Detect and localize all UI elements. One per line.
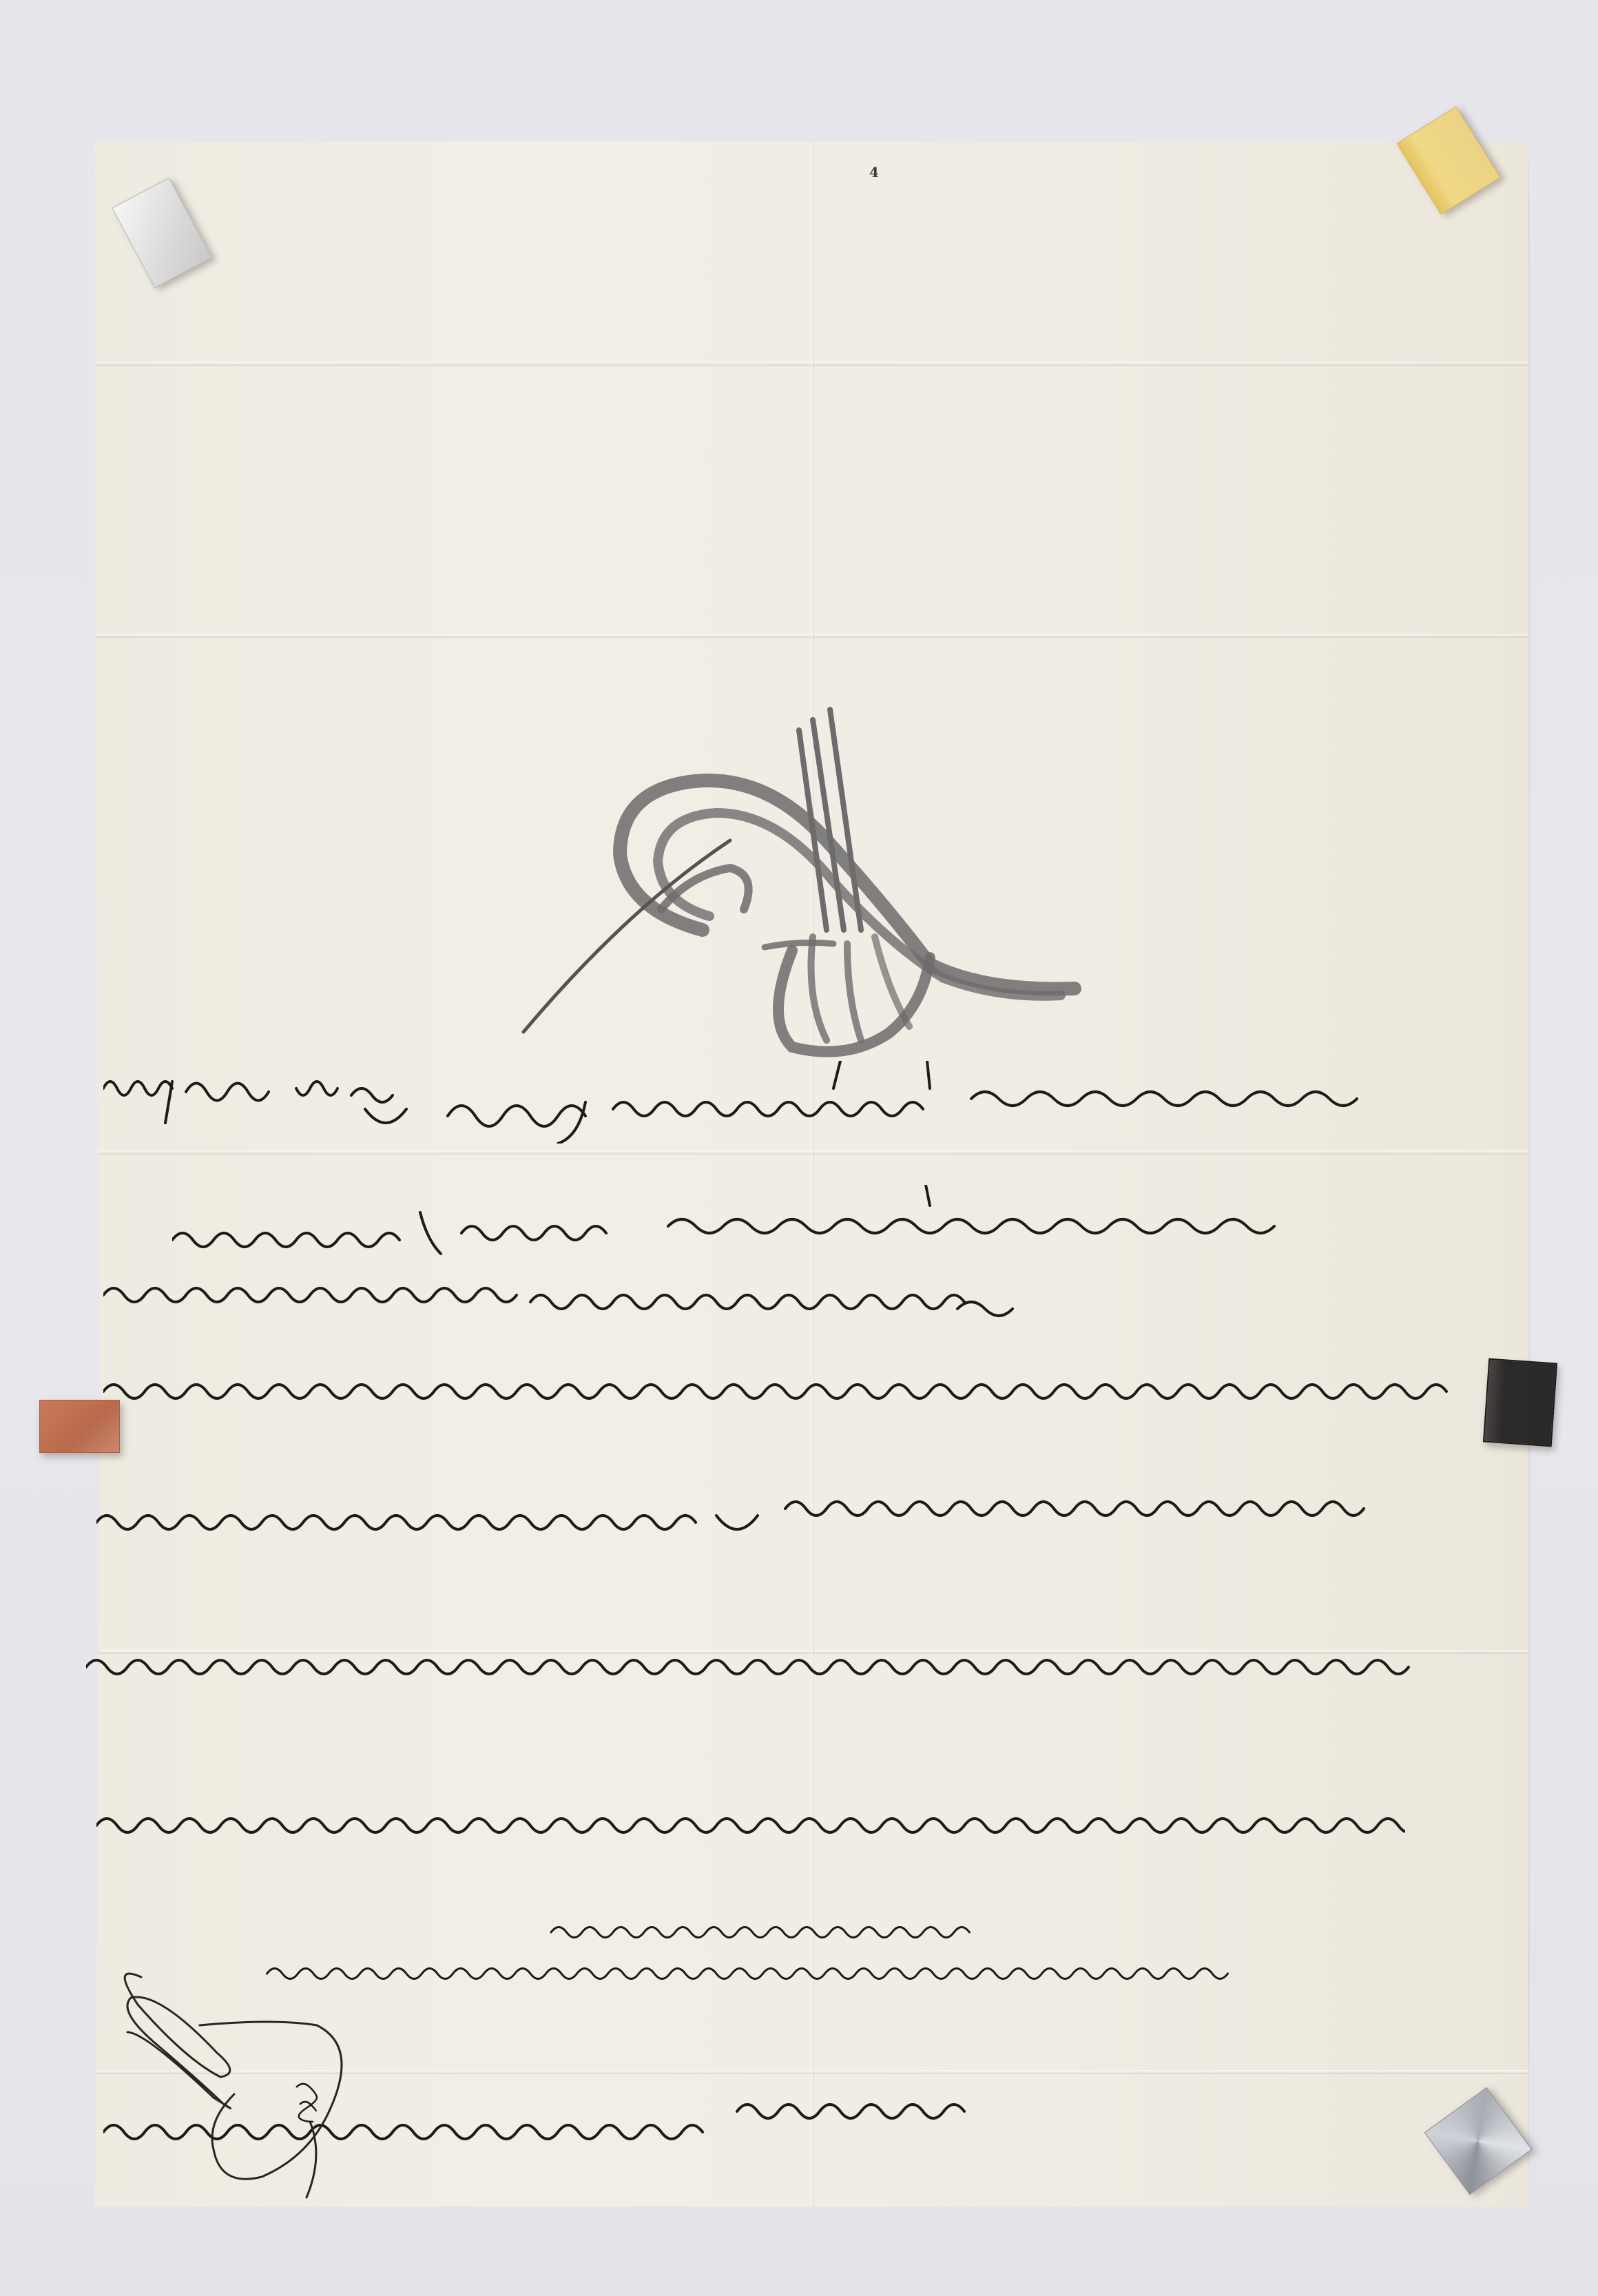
tughra-monogram	[503, 703, 1109, 1075]
paperweight-copper[interactable]	[39, 1400, 120, 1453]
text-line-6	[86, 1640, 1415, 1722]
fold-line-vertical	[811, 141, 814, 2206]
text-line-1	[103, 1061, 1412, 1144]
document-sheet	[95, 141, 1528, 2206]
registry-signature-flourish	[103, 1949, 379, 2211]
text-line-3	[103, 1254, 1033, 1336]
text-line-5	[96, 1460, 1371, 1543]
paperweight-black[interactable]	[1483, 1358, 1557, 1447]
text-line-7	[96, 1805, 1405, 1888]
text-line-4	[103, 1357, 1453, 1440]
page-number-mark: 4	[869, 164, 879, 180]
